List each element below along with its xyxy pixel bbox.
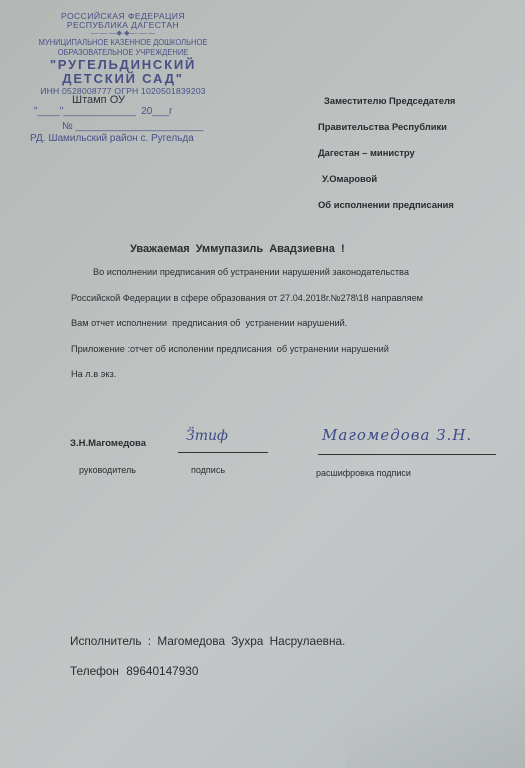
body-line: Вам отчет исполнении предписания об устр… <box>71 318 423 344</box>
decode-line <box>318 454 496 455</box>
organization-stamp: РОССИЙСКАЯ ФЕДЕРАЦИЯ РЕСПУБЛИКА ДАГЕСТАН… <box>28 12 218 97</box>
stamp-org-line2: ОБРАЗОВАТЕЛЬНОЕ УЧРЕЖДЕНИЕ <box>36 48 211 58</box>
addressee-line: Заместителю Председателя <box>318 95 455 121</box>
phone-line: Телефон 89640147930 <box>70 664 198 678</box>
handwritten-decode: Магомедова З.Н. <box>322 426 472 444</box>
addressee-block: Заместителю Председателя Правительства Р… <box>318 95 455 225</box>
letter-greeting: Уважаемая Уммупазиль Авадзиевна ! <box>130 243 345 255</box>
caption-role: руководитель <box>79 465 136 475</box>
addressee-line: Правительства Республики <box>318 121 455 147</box>
stamp-number-line: № _______________________ <box>62 121 203 132</box>
stamp-name-line2: ДЕТСКИЙ САД" <box>28 72 218 86</box>
caption-decode: расшифровка подписи <box>316 468 411 478</box>
body-line: Во исполнении предписания об устранении … <box>71 267 423 293</box>
addressee-line: Об исполнении предписания <box>318 199 455 225</box>
addressee-line: Дагестан – министру <box>318 147 455 173</box>
stamp-ornament: —·—·—◆·◆—·—·— <box>28 30 218 38</box>
stamp-label: Штамп ОУ <box>72 94 125 106</box>
body-line: На л.в экз. <box>71 369 423 395</box>
body-line: Российской Федерации в сфере образования… <box>71 293 423 319</box>
signature-line <box>178 452 268 453</box>
handwritten-signature: Ӟтиф <box>186 428 228 444</box>
signatory-name: З.Н.Магомедова <box>70 438 146 449</box>
document-page: РОССИЙСКАЯ ФЕДЕРАЦИЯ РЕСПУБЛИКА ДАГЕСТАН… <box>0 0 525 768</box>
letter-body: Во исполнении предписания об устранении … <box>71 267 423 395</box>
stamp-name-line1: "РУГЕЛЬДИНСКИЙ <box>28 58 218 72</box>
executor-line: Исполнитель : Магомедова Зухра Насрулаев… <box>70 634 345 648</box>
body-line: Приложение :отчет об исполении предписан… <box>71 344 423 370</box>
stamp-republic: РЕСПУБЛИКА ДАГЕСТАН <box>28 21 218 30</box>
caption-signature: подпись <box>191 465 225 475</box>
stamp-address: РД. Шамильский район с. Ругельда <box>30 133 194 144</box>
addressee-line: У.Омаровой <box>318 173 455 199</box>
paper-fold-shadow <box>345 648 525 768</box>
stamp-date-line: "____"_____________ 20___г <box>34 106 173 117</box>
stamp-org-line1: МУНИЦИПАЛЬНОЕ КАЗЕННОЕ ДОШКОЛЬНОЕ <box>36 38 211 48</box>
